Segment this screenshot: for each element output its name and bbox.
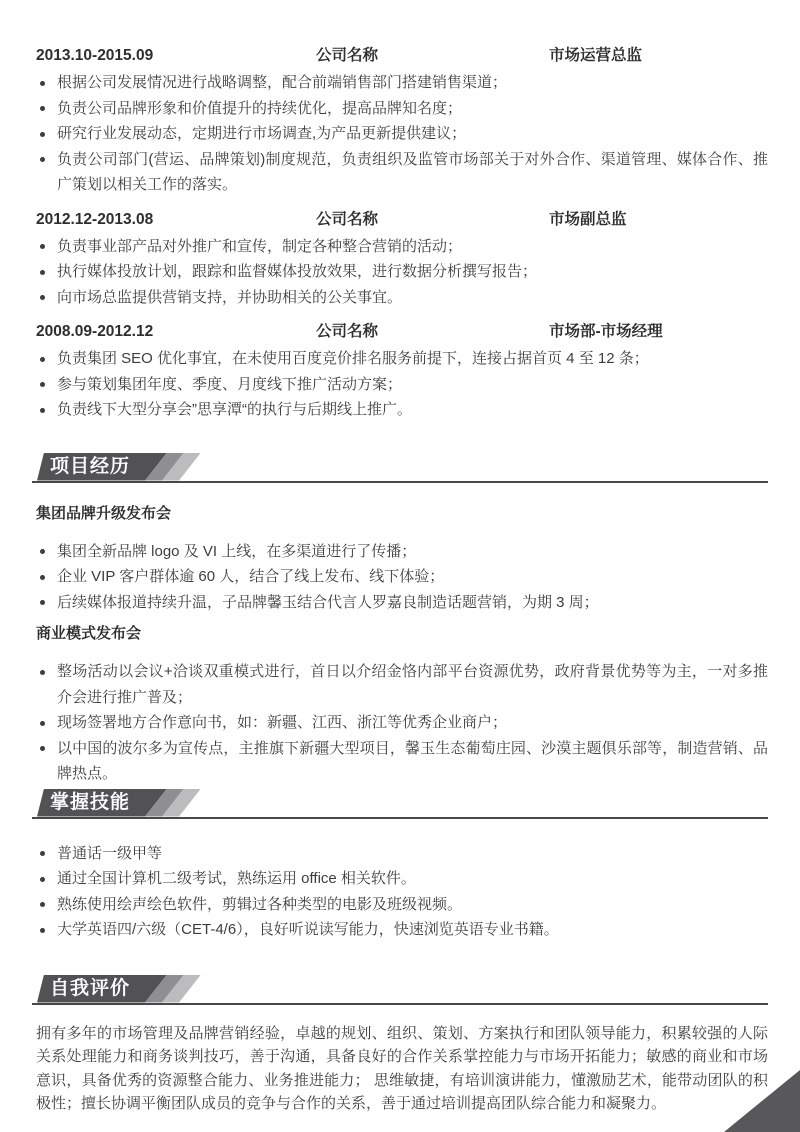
- bullet-item: 后续媒体报道持续升温，子品牌馨玉结合代言人罗嘉良制造话题营销，为期 3 周；: [57, 590, 768, 616]
- job-title: 市场部-市场经理: [549, 322, 768, 342]
- section-banner-skills: 掌握技能: [36, 789, 768, 819]
- bullet-item: 负责公司品牌形象和价值提升的持续优化，提高品牌知名度；: [57, 96, 768, 122]
- bullet-item: 企业 VIP 客户群体逾 60 人，结合了线上发布、线下体验；: [57, 564, 768, 590]
- bullet-item: 现场签署地方合作意向书，如：新疆、江西、浙江等优秀企业商户；: [57, 710, 768, 736]
- job-header-row: 2013.10-2015.09 公司名称 市场运营总监: [36, 46, 768, 66]
- ribbon-shape: 自我评价: [36, 975, 216, 1003]
- job-entry: 2012.12-2013.08 公司名称 市场副总监 负责事业部产品对外推广和宣…: [36, 210, 768, 311]
- skills-bullet-list: 普通话一级甲等 通过全国计算机二级考试，熟练运用 office 相关软件。 熟练…: [36, 841, 768, 943]
- job-entry: 2013.10-2015.09 公司名称 市场运营总监 根据公司发展情况进行战略…: [36, 46, 768, 198]
- skills-section: 掌握技能 普通话一级甲等 通过全国计算机二级考试，熟练运用 office 相关软…: [36, 789, 768, 943]
- self-evaluation-section: 自我评价 拥有多年的市场管理及品牌营销经验，卓越的规划、组织、策划、方案执行和团…: [36, 975, 768, 1116]
- resume-page: 2013.10-2015.09 公司名称 市场运营总监 根据公司发展情况进行战略…: [0, 0, 800, 1132]
- project-group-title: 商业模式发布会: [36, 624, 768, 644]
- job-period: 2008.09-2012.12: [36, 322, 316, 342]
- job-bullet-list: 负责事业部产品对外推广和宣传，制定各种整合营销的活动； 执行媒体投放计划，跟踪和…: [36, 234, 768, 311]
- bullet-item: 大学英语四/六级（CET-4/6），良好听说读写能力，快速浏览英语专业书籍。: [57, 917, 768, 943]
- job-period: 2012.12-2013.08: [36, 210, 316, 230]
- bullet-item: 普通话一级甲等: [57, 841, 768, 867]
- bullet-item: 集团全新品牌 logo 及 VI 上线，在多渠道进行了传播；: [57, 539, 768, 565]
- bullet-item: 整场活动以会议+洽谈双重模式进行，首日以介绍金恪内部平台资源优势，政府背景优势等…: [57, 659, 768, 710]
- project-group-title: 集团品牌升级发布会: [36, 504, 768, 524]
- section-banner-projects: 项目经历: [36, 453, 768, 483]
- bullet-item: 执行媒体投放计划，跟踪和监督媒体投放效果，进行数据分析撰写报告；: [57, 259, 768, 285]
- project-bullet-list: 集团全新品牌 logo 及 VI 上线，在多渠道进行了传播； 企业 VIP 客户…: [36, 539, 768, 616]
- job-period: 2013.10-2015.09: [36, 46, 316, 66]
- job-entry: 2008.09-2012.12 公司名称 市场部-市场经理 负责集团 SEO 优…: [36, 322, 768, 423]
- project-bullet-list: 整场活动以会议+洽谈双重模式进行，首日以介绍金恪内部平台资源优势，政府背景优势等…: [36, 659, 768, 787]
- work-experience-section: 2013.10-2015.09 公司名称 市场运营总监 根据公司发展情况进行战略…: [36, 46, 768, 423]
- section-underline: [32, 817, 768, 819]
- job-title: 市场运营总监: [549, 46, 768, 66]
- section-banner-self-evaluation: 自我评价: [36, 975, 768, 1005]
- page-content: 2013.10-2015.09 公司名称 市场运营总监 根据公司发展情况进行战略…: [36, 0, 768, 1116]
- job-company: 公司名称: [316, 46, 549, 66]
- bullet-item: 熟练使用绘声绘色软件，剪辑过各种类型的电影及班级视频。: [57, 892, 768, 918]
- ribbon-shape: 项目经历: [36, 453, 216, 481]
- bullet-item: 负责集团 SEO 优化事宜，在未使用百度竞价排名服务前提下，连接占据首页 4 至…: [57, 346, 768, 372]
- job-header-row: 2012.12-2013.08 公司名称 市场副总监: [36, 210, 768, 230]
- job-company: 公司名称: [316, 322, 549, 342]
- job-header-row: 2008.09-2012.12 公司名称 市场部-市场经理: [36, 322, 768, 342]
- job-title: 市场副总监: [549, 210, 768, 230]
- bullet-item: 根据公司发展情况进行战略调整，配合前端销售部门搭建销售渠道；: [57, 70, 768, 96]
- section-underline: [32, 1003, 768, 1005]
- bullet-item: 研究行业发展动态，定期进行市场调查,为产品更新提供建议；: [57, 121, 768, 147]
- bullet-item: 负责线下大型分享会”思享潭“的执行与后期线上推广。: [57, 397, 768, 423]
- bullet-item: 参与策划集团年度、季度、月度线下推广活动方案；: [57, 372, 768, 398]
- bullet-item: 向市场总监提供营销支持，并协助相关的公关事宜。: [57, 285, 768, 311]
- ribbon-shape: 掌握技能: [36, 789, 216, 817]
- bullet-item: 负责公司部门(营运、品牌策划)制度规范，负责组织及监管市场部关于对外合作、渠道管…: [57, 147, 768, 198]
- job-bullet-list: 负责集团 SEO 优化事宜，在未使用百度竞价排名服务前提下，连接占据首页 4 至…: [36, 346, 768, 423]
- projects-section: 项目经历 集团品牌升级发布会 集团全新品牌 logo 及 VI 上线，在多渠道进…: [36, 453, 768, 787]
- job-company: 公司名称: [316, 210, 549, 230]
- bullet-item: 通过全国计算机二级考试，熟练运用 office 相关软件。: [57, 866, 768, 892]
- job-bullet-list: 根据公司发展情况进行战略调整，配合前端销售部门搭建销售渠道； 负责公司品牌形象和…: [36, 70, 768, 198]
- bullet-item: 以中国的波尔多为宣传点，主推旗下新疆大型项目，馨玉生态葡萄庄园、沙漠主题俱乐部等…: [57, 736, 768, 787]
- bullet-item: 负责事业部产品对外推广和宣传，制定各种整合营销的活动；: [57, 234, 768, 260]
- section-underline: [32, 481, 768, 483]
- self-evaluation-text: 拥有多年的市场管理及品牌营销经验，卓越的规划、组织、策划、方案执行和团队领导能力…: [36, 1022, 768, 1116]
